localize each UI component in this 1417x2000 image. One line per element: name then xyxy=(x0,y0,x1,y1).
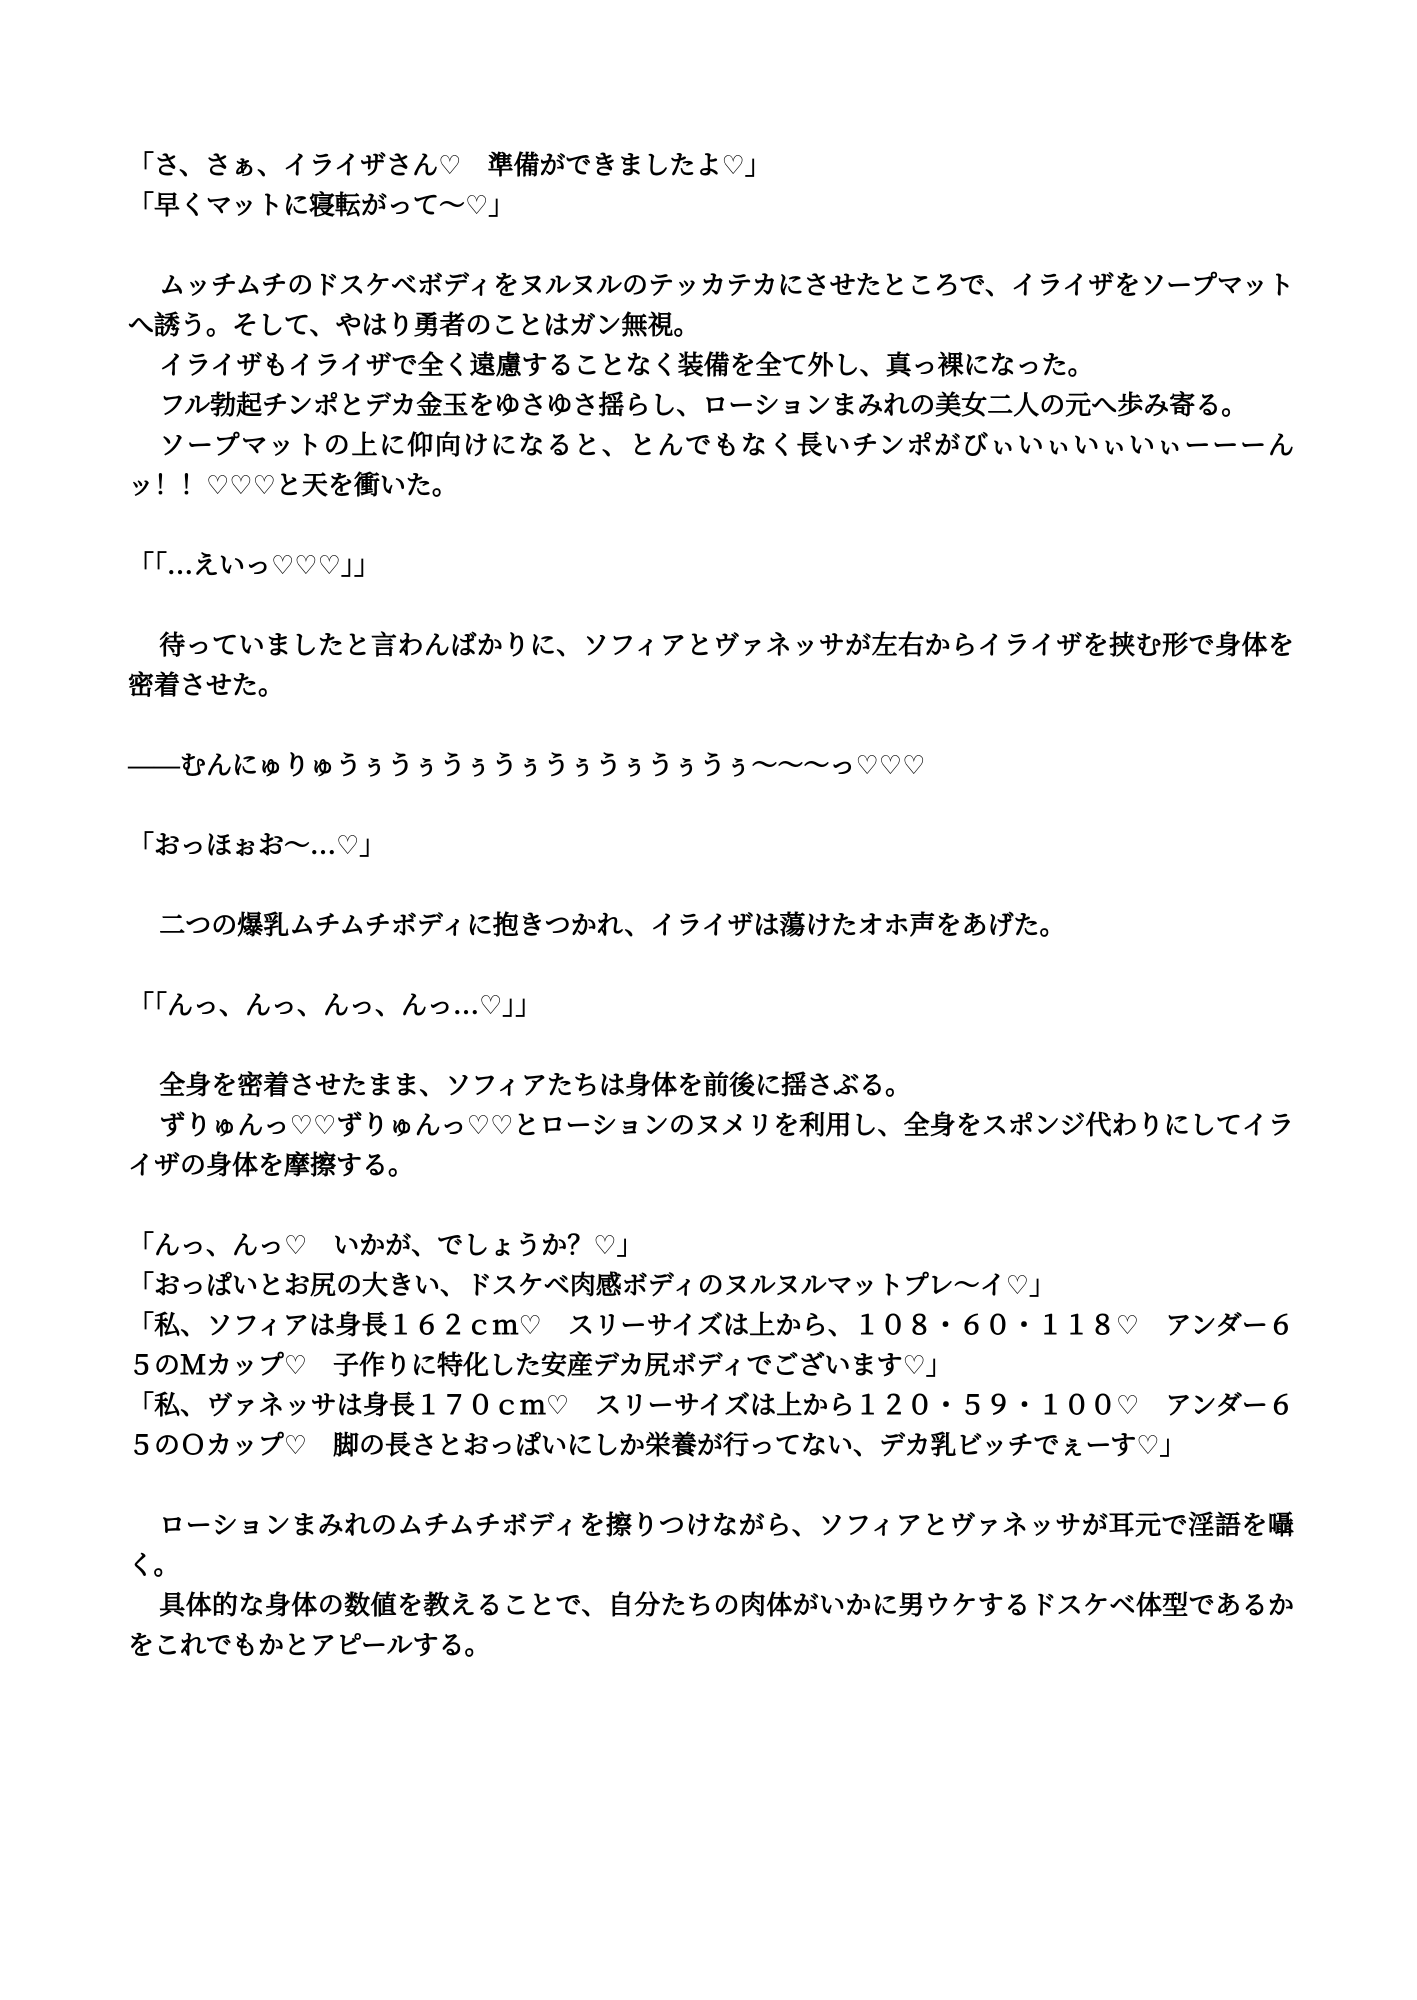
paragraph: フル勃起チンポとデカ金玉をゆさゆさ揺らし、ローションまみれの美女二人の元へ歩み寄… xyxy=(128,386,1294,426)
paragraph: 「早くマットに寝転がって～♡」 xyxy=(128,186,1294,226)
paragraph: 「さ、さぁ、イライザさん♡ 準備ができましたよ♡」 xyxy=(128,146,1294,186)
paragraph: 「んっ、んっ♡ いかが、でしょうか？♡」 xyxy=(128,1226,1294,1266)
paragraph: ――むんにゅりゅうぅうぅうぅうぅうぅうぅうぅうぅ～～～っ♡♡♡ xyxy=(128,746,1294,786)
paragraph: 全身を密着させたまま、ソフィアたちは身体を前後に揺さぶる。 xyxy=(128,1066,1294,1106)
paragraph: ムッチムチのドスケベボディをヌルヌルのテッカテカにさせたところで、イライザをソー… xyxy=(128,266,1294,346)
paragraph: 具体的な身体の数値を教えることで、自分たちの肉体がいかに男ウケするドスケベ体型で… xyxy=(128,1586,1294,1666)
paragraph: 「おっぱいとお尻の大きい、ドスケベ肉感ボディのヌルヌルマットプレ～イ♡」 xyxy=(128,1266,1294,1306)
paragraph: 「おっほぉお～…♡」 xyxy=(128,826,1294,866)
paragraph: 待っていましたと言わんばかりに、ソフィアとヴァネッサが左右からイライザを挟む形で… xyxy=(128,626,1294,706)
paragraph: 二つの爆乳ムチムチボディに抱きつかれ、イライザは蕩けたオホ声をあげた。 xyxy=(128,906,1294,946)
paragraph: ずりゅんっ♡♡ずりゅんっ♡♡とローションのヌメリを利用し、全身をスポンジ代わりに… xyxy=(128,1106,1294,1186)
paragraph: イライザもイライザで全く遠慮することなく装備を全て外し、真っ裸になった。 xyxy=(128,346,1294,386)
paragraph: 「「んっ、んっ、んっ、んっ…♡」」 xyxy=(128,986,1294,1026)
text-body: 「さ、さぁ、イライザさん♡ 準備ができましたよ♡」「早くマットに寝転がって～♡」… xyxy=(128,146,1294,1666)
paragraph: 「「…えいっ♡♡♡」」 xyxy=(128,546,1294,586)
paragraph: ソープマットの上に仰向けになると、とんでもなく長いチンポがびぃいぃいぃいぃーーー… xyxy=(128,426,1294,506)
paragraph: ローションまみれのムチムチボディを擦りつけながら、ソフィアとヴァネッサが耳元で淫… xyxy=(128,1506,1294,1586)
paragraph: 「私、ソフィアは身長１６２ｃｍ♡ スリーサイズは上から、１０８・６０・１１８♡ … xyxy=(128,1306,1294,1386)
paragraph: 「私、ヴァネッサは身長１７０ｃｍ♡ スリーサイズは上から１２０・５９・１００♡ … xyxy=(128,1386,1294,1466)
document-page: 「さ、さぁ、イライザさん♡ 準備ができましたよ♡」「早くマットに寝転がって～♡」… xyxy=(0,0,1417,2000)
